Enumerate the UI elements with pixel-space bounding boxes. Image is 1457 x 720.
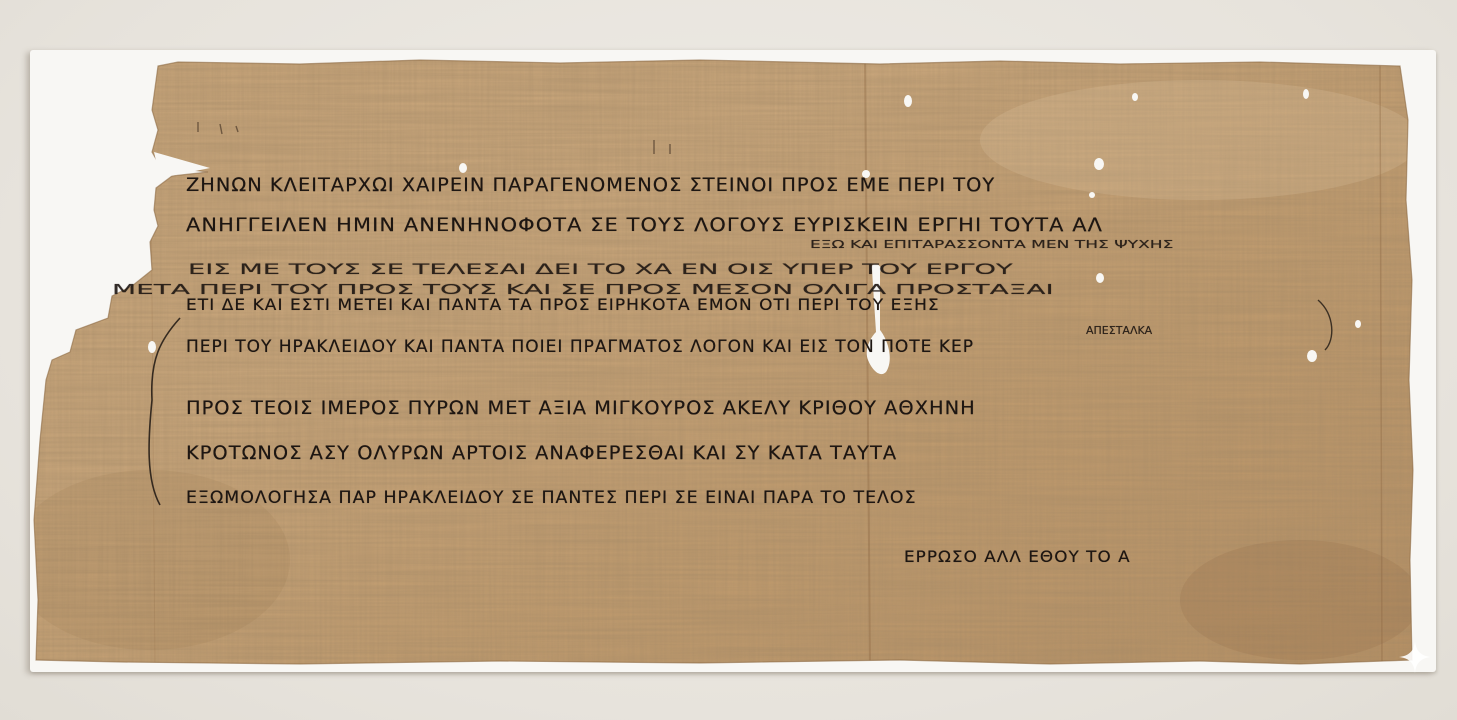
papyrus-line-6: ΠΕΡΙ ΤΟΥ ΗΡΑΚΛΕΙΔΟΥ ΚΑΙ ΠΑΝΤΑ ΠΟΙΕΙ ΠΡΑΓ… xyxy=(186,337,974,357)
papyrus-line-2: ΑΝΗΓΓΕΙΛΕΝ ΗΜΙΝ ΑΝΕΝΗΝΟΦΟΤΑ ΣΕ ΤΟΥΣ ΛΟΓΟ… xyxy=(186,214,1103,236)
papyrus-line-1: ΖΗΝΩΝ ΚΛΕΙΤΑΡΧΩΙ ΧΑΙΡΕΙΝ ΠΑΡΑΓΕΝΟΜΕΝΟΣ Σ… xyxy=(186,174,995,196)
papyrus-closing-line: ΕΡΡΩΣΟ ΑΛΛ ΕΘΟΥ ΤΟ Α xyxy=(904,547,1131,566)
papyrus-line-9: ΕΞΩΜΟΛΟΓΗΣΑ ΠΑΡ ΗΡΑΚΛΕΙΔΟΥ ΣΕ ΠΑΝΤΕΣ ΠΕΡ… xyxy=(186,488,917,508)
sparkle-icon xyxy=(1398,640,1432,674)
papyrus-line-3: ΕΙΣ ΜΕ ΤΟΥΣ ΣΕ ΤΕΛΕΣΑΙ ΔΕΙ ΤΟ ΧΑ ΕΝ ΟΙΣ … xyxy=(188,262,1013,278)
papyrus-line-8: ΚΡΟΤΩΝΟΣ ΑΣΥ ΟΛΥΡΩΝ ΑΡΤΟΙΣ ΑΝΑΦΕΡΕΣΘΑΙ Κ… xyxy=(186,442,897,464)
papyrus-line-7: ΠΡΟΣ ΤΕΟΙΣ ΙΜΕΡΟΣ ΠΥΡΩΝ ΜΕΤ ΑΞΙΑ ΜΙΓΚΟΥΡ… xyxy=(186,397,976,419)
papyrus-sheet xyxy=(0,0,1457,720)
papyrus-interlinear-5a: ΑΠΕΣΤΑΛΚΑ xyxy=(1086,324,1152,337)
papyrus-interlinear-2a: ΕΞΩ ΚΑΙ ΕΠΙΤΑΡΑΣΣΟΝΤΑ ΜΕΝ ΤΗΣ ΨΥΧΗΣ xyxy=(810,238,1173,251)
papyrus-line-5: ΕΤΙ ΔΕ ΚΑΙ ΕΣΤΙ ΜΕΤΕΙ ΚΑΙ ΠΑΝΤΑ ΤΑ ΠΡΟΣ … xyxy=(186,295,940,314)
